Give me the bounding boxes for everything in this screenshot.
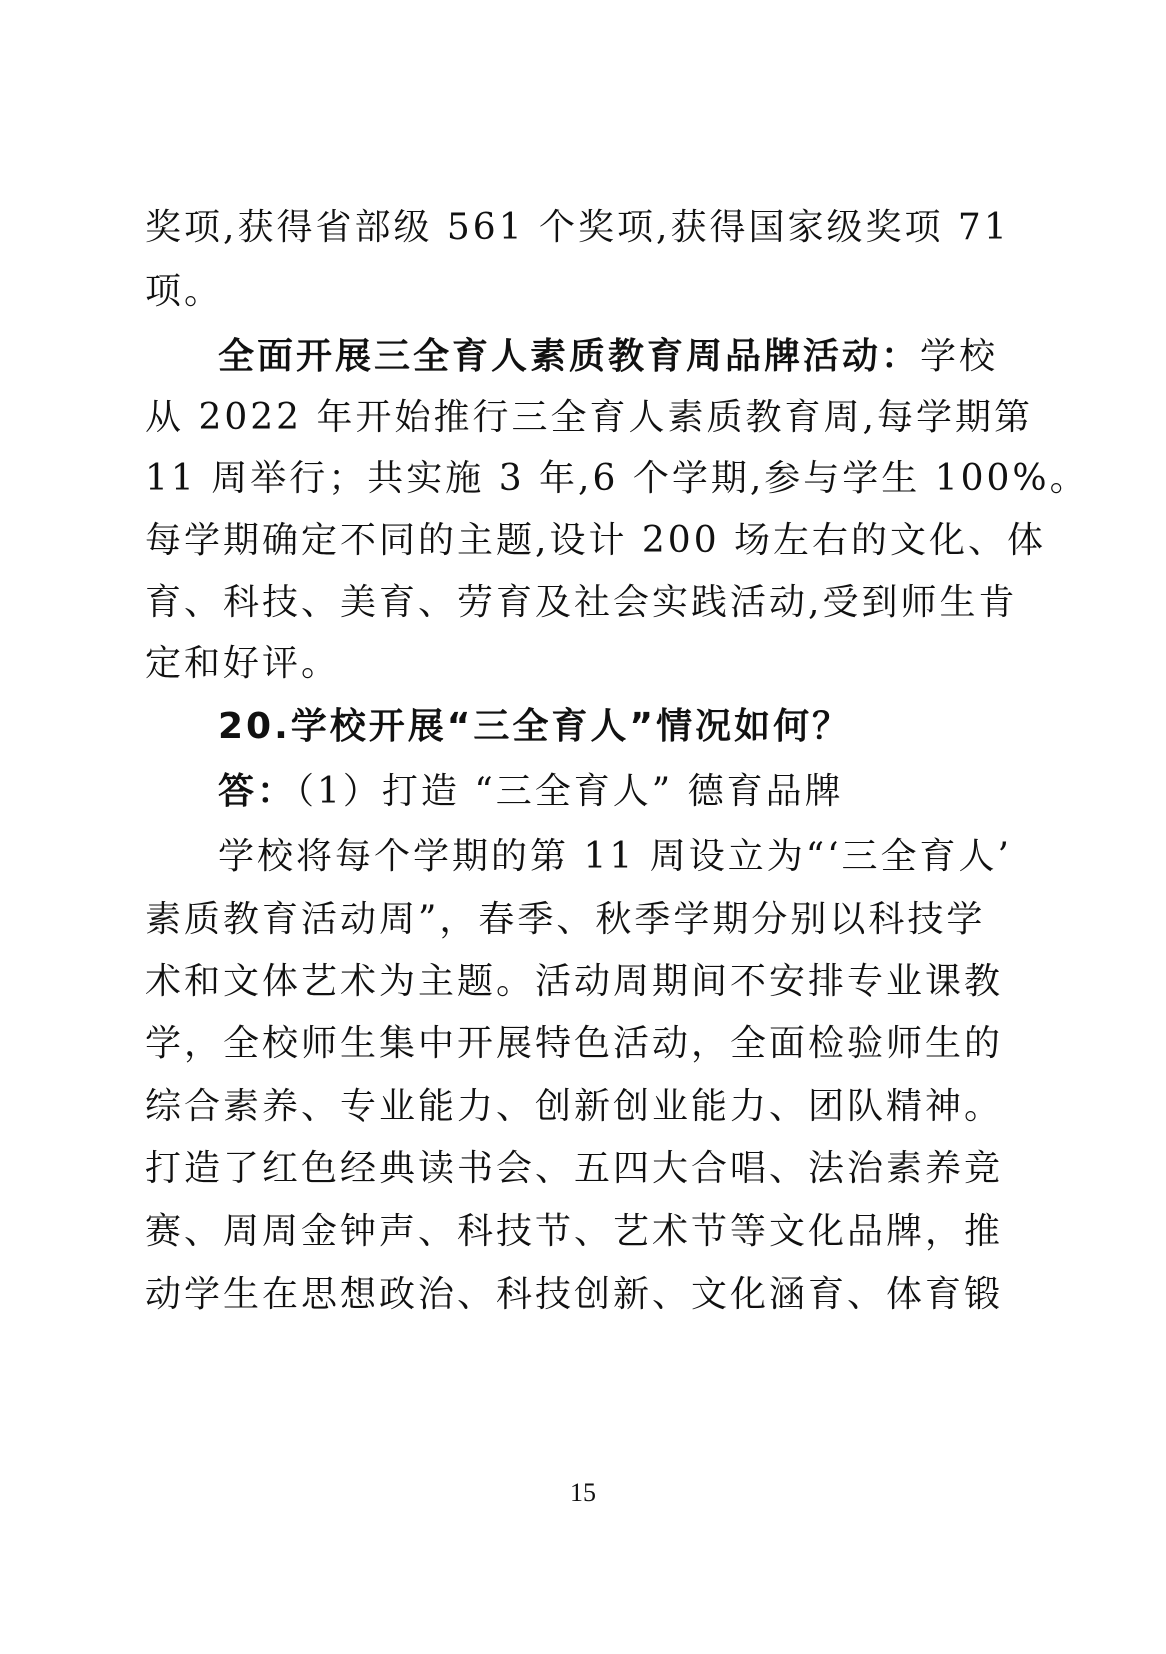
body-line: 打造了红色经典读书会、五四大合唱、法治素养竞 (145, 1147, 965, 1191)
body-text: 学校 (920, 336, 998, 377)
document-page: 奖项,获得省部级 561 个奖项,获得国家级奖项 71 项。 全面开展三全育人素… (0, 0, 1166, 1654)
answer-label: 答： (218, 771, 296, 812)
body-line: 11 周举行；共实施 3 年,6 个学期,参与学生 100%。 (145, 457, 965, 501)
paragraph-lead-line: 全面开展三全育人素质教育周品牌活动：学校 (218, 335, 965, 379)
body-line: 项。 (145, 270, 965, 314)
body-line: 每学期确定不同的主题,设计 200 场左右的文化、体 (145, 519, 965, 563)
page-number: 15 (0, 1478, 1166, 1508)
body-line: 从 2022 年开始推行三全育人素质教育周,每学期第 (145, 396, 965, 440)
body-line: 赛、周周金钟声、科技节、艺术节等文化品牌，推 (145, 1210, 965, 1254)
answer-subheading: （1）打造 “三全育人” 德育品牌 (296, 771, 844, 812)
body-line: 动学生在思想政治、科技创新、文化涵育、体育锻 (145, 1273, 965, 1317)
body-line: 学校将每个学期的第 11 周设立为“‘三全育人’ (218, 835, 965, 879)
question-heading: 20.学校开展“三全育人”情况如何？ (218, 705, 965, 749)
body-line: 育、科技、美育、劳育及社会实践活动,受到师生肯 (145, 581, 965, 625)
body-line: 定和好评。 (145, 642, 965, 686)
body-line: 素质教育活动周”，春季、秋季学期分别以科技学 (145, 898, 965, 942)
body-line: 综合素养、专业能力、创新创业能力、团队精神。 (145, 1085, 965, 1129)
body-line: 奖项,获得省部级 561 个奖项,获得国家级奖项 71 (145, 206, 965, 250)
body-line: 学，全校师生集中开展特色活动，全面检验师生的 (145, 1022, 965, 1066)
body-line: 术和文体艺术为主题。活动周期间不安排专业课教 (145, 960, 965, 1004)
answer-lead-line: 答：（1）打造 “三全育人” 德育品牌 (218, 770, 965, 814)
paragraph-bold-lead: 全面开展三全育人素质教育周品牌活动： (218, 336, 920, 377)
